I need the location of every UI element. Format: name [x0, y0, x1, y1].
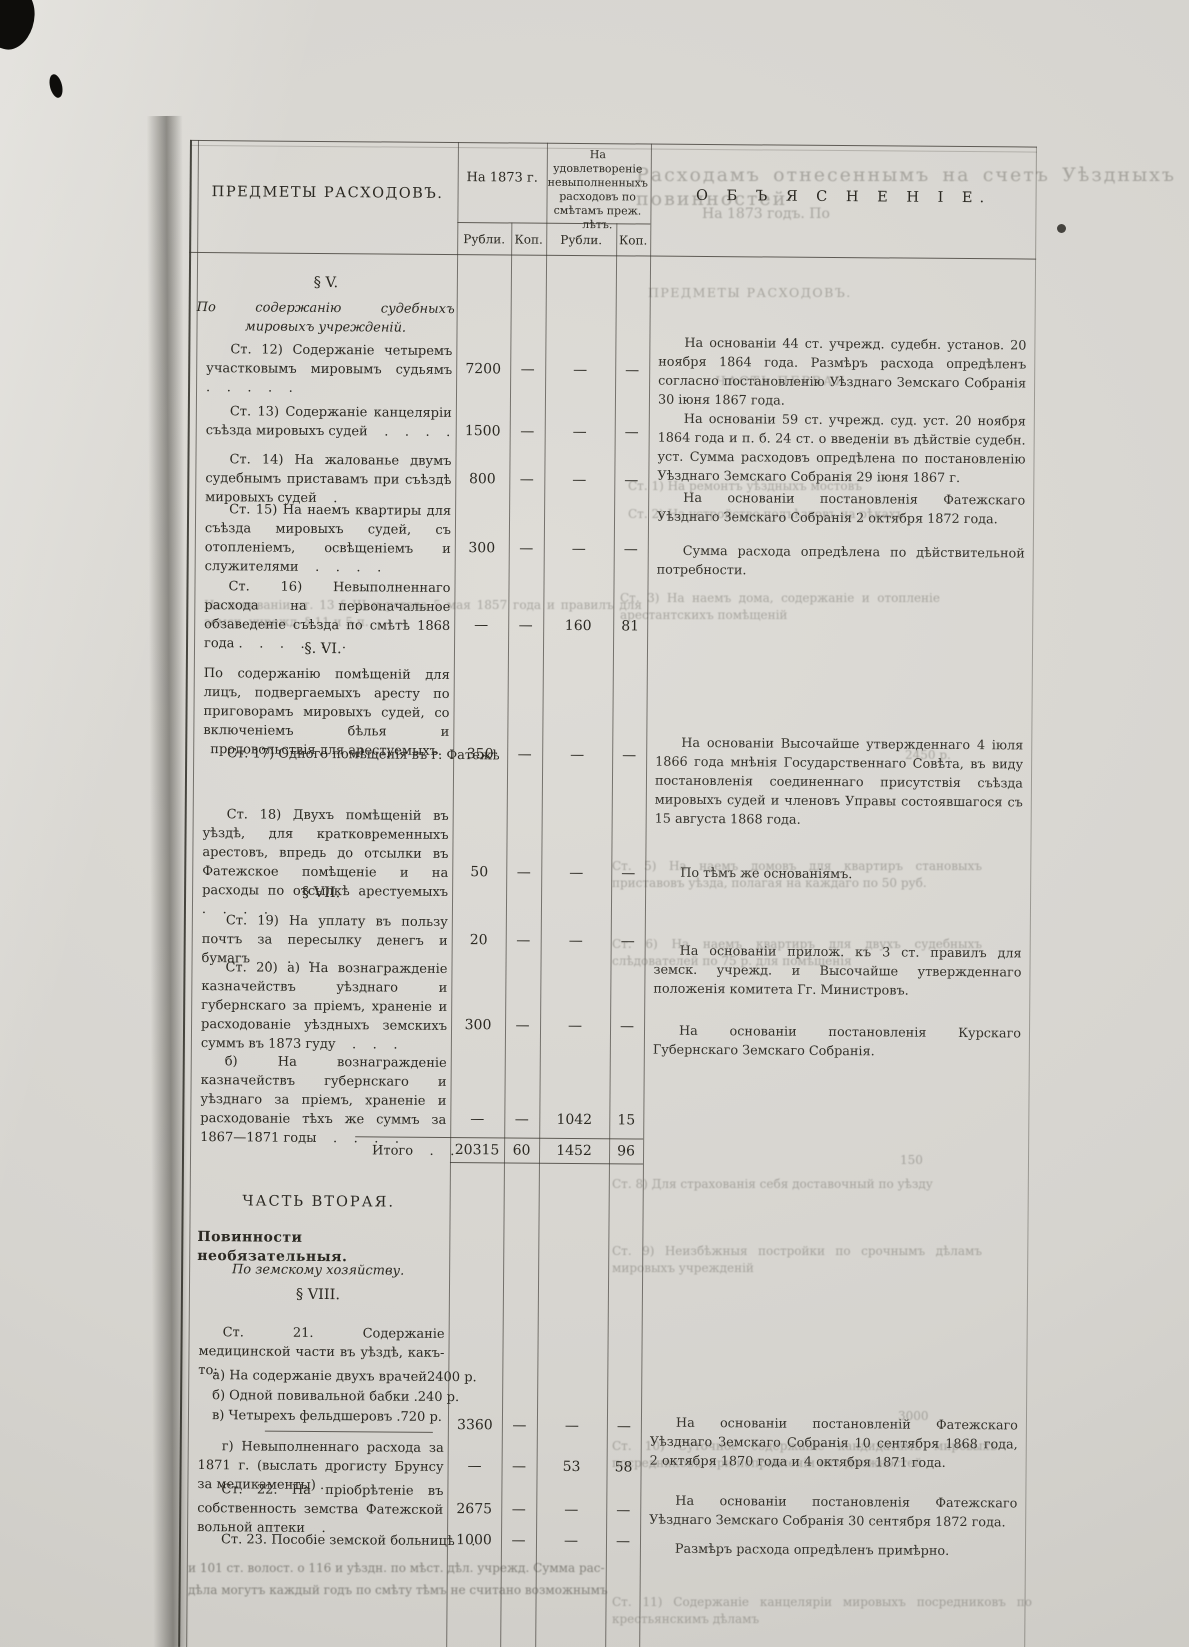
- row-st20b-label: б) На вознагражденіе казначействъ гу­бер…: [200, 1052, 447, 1149]
- explanation-st13: На основаніи 59 ст. учрежд. суд. уст. 20…: [657, 410, 1026, 489]
- subheader-rubles: Рубли.: [546, 233, 616, 248]
- row-st17-label: Ст. 17) Одного помѣщенія въ г. Фатежѣ: [203, 744, 449, 765]
- explanation-st14: На основаніи постановленія Фатежскаго Уѣ…: [657, 489, 1025, 530]
- column-header-arrears: На удовлетвореніе невыполненныхъ расходо…: [547, 148, 648, 233]
- value-kopeks-1873: —: [510, 423, 545, 439]
- value-rubles-1873: 20: [452, 932, 506, 948]
- value-kopeks-arrears: —: [614, 541, 648, 557]
- value-kopeks-1873: —: [506, 864, 541, 880]
- total-kopeks-arrears: 96: [609, 1143, 643, 1159]
- list-item-label: б) Одной повивальной бабки .: [212, 1388, 418, 1405]
- value-rubles-1873: 350: [453, 746, 507, 762]
- part-two-subtitle-2: По земскому хозяйству.: [189, 1260, 447, 1281]
- value-rubles-arrears: —: [536, 1533, 606, 1550]
- explanation-st23: Размѣръ расхода опредѣленъ примѣрно.: [649, 1540, 1017, 1562]
- explanation-st18: По тѣмъ же основаніямъ.: [654, 864, 1022, 886]
- explanation-st17: На основаніи Высочайше утвержденнаго 4 і…: [655, 734, 1024, 832]
- list-item-amount: 2400 р.: [427, 1370, 477, 1385]
- value-rubles-1873: 1500: [456, 423, 510, 439]
- value-rubles-1873: 1000: [447, 1532, 501, 1548]
- value-kopeks-arrears: 81: [613, 618, 647, 634]
- scanned-ledger-page: Расходамъ отнесеннымъ на счетъ Уѣздныхъ …: [0, 0, 1189, 1647]
- value-kopeks-1873: —: [504, 1111, 539, 1127]
- amount-row-st15: 300 — — —: [455, 540, 648, 561]
- value-kopeks-arrears: —: [611, 933, 645, 949]
- amount-row-st17: 350 — — —: [453, 746, 646, 767]
- list-item-v: в) Четырехъ фельдшеровъ . 720 р.: [212, 1408, 436, 1425]
- list-item-label: в) Четырехъ фельдшеровъ .: [212, 1408, 401, 1424]
- value-kopeks-1873: —: [502, 1458, 537, 1474]
- value-rubles-arrears: —: [540, 1018, 610, 1035]
- subheader-rubles: Рубли.: [457, 232, 511, 246]
- amount-row-st20a: 300 — — —: [451, 1017, 644, 1038]
- explanation-st21: На основаніи постановленій Фатежскаго Уѣ…: [650, 1414, 1018, 1474]
- value-kopeks-arrears: —: [607, 1418, 641, 1434]
- value-rubles-arrears: 160: [543, 618, 613, 635]
- amount-row-st20b: — — 1042 15: [450, 1111, 643, 1132]
- part-two-title: ЧАСТЬ ВТОРАЯ.: [190, 1193, 448, 1211]
- value-rubles-arrears: —: [542, 747, 612, 764]
- amount-row-st21g: — — 53 58: [448, 1458, 641, 1479]
- row-st15-label: Ст. 15) На наемъ квартиры для съѣзда мир…: [205, 500, 452, 578]
- value-kopeks-arrears: —: [615, 362, 649, 378]
- expense-table: ПРЕДМЕТЫ РАСХОДОВЪ. На 1873 г. На удовле…: [186, 140, 1037, 1647]
- value-rubles-1873: —: [450, 1111, 504, 1127]
- value-kopeks-arrears: —: [606, 1502, 640, 1518]
- amount-row-st13: 1500 — — —: [456, 423, 649, 444]
- value-rubles-1873: 800: [455, 471, 509, 487]
- row-st20a-label: Ст. 20) а) На вознагражденіе казна­чейст…: [201, 958, 448, 1055]
- list-item-label: а) На содержаніе двухъ врачей: [212, 1368, 427, 1385]
- section-mark-viii: § VIII.: [189, 1286, 447, 1304]
- value-kopeks-1873: —: [509, 540, 544, 556]
- amount-row-st18: 50 — — —: [452, 864, 645, 885]
- explanation-st20: На основаніи постановленія Курскаго Губе…: [653, 1022, 1021, 1063]
- list-item-b: б) Одной повивальной бабки . 240 р.: [212, 1388, 436, 1405]
- value-rubles-1873: 7200: [456, 361, 510, 377]
- amount-row-st16: — — 160 81: [454, 617, 647, 638]
- ink-blot: [47, 73, 64, 99]
- value-rubles-arrears: 53: [537, 1459, 607, 1476]
- column-header-1873: На 1873 г.: [460, 170, 545, 186]
- value-kopeks-arrears: —: [612, 747, 646, 763]
- value-rubles-arrears: —: [545, 362, 615, 379]
- page-fold-shadow: [147, 116, 190, 1647]
- value-kopeks-1873: —: [506, 932, 541, 948]
- list-item-amount: 720 р.: [400, 1410, 442, 1425]
- ink-blot: [0, 0, 43, 55]
- value-rubles-1873: 3360: [448, 1417, 502, 1433]
- value-kopeks-arrears: —: [611, 865, 645, 881]
- value-rubles-1873: —: [448, 1458, 502, 1474]
- value-kopeks-1873: —: [501, 1532, 536, 1548]
- total-kopeks-1873: 60: [504, 1142, 539, 1158]
- subheader-row: Рубли. Коп. Рубли. Коп.: [457, 232, 650, 250]
- value-rubles-1873: —: [454, 617, 508, 633]
- value-rubles-arrears: —: [545, 424, 615, 441]
- amount-row-st21-subtotal: 3360 — — —: [448, 1417, 641, 1438]
- explanation-st22: На основаніи постановленія Фатежскаго Уѣ…: [649, 1492, 1017, 1533]
- row-st18-label: Ст. 18) Двухъ помѣщеній въ уѣздѣ, для кр…: [202, 805, 449, 921]
- value-kopeks-1873: —: [508, 617, 543, 633]
- amount-row-st14: 800 — — —: [455, 471, 648, 492]
- value-rubles-1873: 300: [451, 1017, 505, 1033]
- list-item-a: а) На содержаніе двухъ врачей 2400 р.: [212, 1368, 436, 1385]
- amount-row-st19: 20 — — —: [452, 932, 645, 953]
- value-kopeks-arrears: —: [610, 1018, 644, 1034]
- value-kopeks-1873: —: [505, 1017, 540, 1033]
- value-kopeks-1873: —: [507, 746, 542, 762]
- row-st12-label: Ст. 12) Содержаніе четыремъ участковымъ …: [206, 340, 452, 399]
- value-kopeks-1873: —: [502, 1417, 537, 1433]
- value-kopeks-arrears: —: [606, 1533, 640, 1549]
- section-mark-vii: § VII.: [192, 884, 450, 902]
- subheader-kopeks: Коп.: [616, 233, 650, 247]
- value-rubles-arrears: —: [536, 1502, 606, 1519]
- explanation-st12: На основаніи 44 ст. учрежд. судебн. уста…: [658, 334, 1027, 413]
- total-rubles-1873: 20315: [450, 1142, 504, 1158]
- value-rubles-arrears: 1042: [539, 1112, 609, 1129]
- explanation-st15: Сумма расхода опредѣлена по дѣйствительн…: [657, 542, 1025, 583]
- row-st23-label: Ст. 23. Пособіе земской больницѣ .: [197, 1530, 443, 1551]
- value-kopeks-1873: —: [509, 471, 544, 487]
- value-kopeks-arrears: —: [615, 424, 649, 440]
- value-rubles-arrears: —: [544, 541, 614, 558]
- amount-row-total: 20315 60 1452 96: [450, 1142, 643, 1163]
- ink-dot: [1057, 224, 1066, 233]
- column-header-items: ПРЕДМЕТЫ РАСХОДОВЪ.: [198, 184, 458, 202]
- value-kopeks-arrears: 15: [609, 1112, 643, 1128]
- total-rubles-arrears: 1452: [539, 1143, 609, 1160]
- value-rubles-arrears: —: [544, 472, 614, 489]
- section-v-subtitle: По содержанію судебныхъ мировыхъ учреж­д…: [196, 298, 454, 338]
- value-rubles-1873: 300: [455, 540, 509, 556]
- value-kopeks-arrears: 58: [607, 1459, 641, 1475]
- table-rule: [189, 252, 1036, 260]
- value-rubles-1873: 2675: [447, 1501, 501, 1517]
- value-rubles-1873: 50: [452, 864, 506, 880]
- amount-row-st22: 2675 — — —: [447, 1501, 640, 1522]
- section-mark-vi: §. VI.: [194, 640, 452, 658]
- column-header-explanation: О Б Ъ Я С Н Е Н І Е.: [653, 188, 1035, 207]
- total-rule-bottom: [450, 1162, 643, 1165]
- section-mark-v: § V.: [197, 274, 455, 292]
- explanation-st19: На основаніи прилож. къ 3 ст. правилъ дл…: [653, 942, 1021, 1002]
- value-kopeks-1873: —: [510, 361, 545, 377]
- amount-row-st23: 1000 — — —: [447, 1532, 640, 1553]
- amount-row-st12: 7200 — — —: [456, 361, 649, 382]
- value-kopeks-arrears: —: [614, 472, 648, 488]
- value-kopeks-1873: —: [501, 1501, 536, 1517]
- subheader-kopeks: Коп.: [511, 232, 546, 246]
- subtotal-rule: [265, 1431, 433, 1433]
- value-rubles-arrears: —: [537, 1418, 607, 1435]
- row-st13-label: Ст. 13) Содержаніе канцеляріи съѣзда мир…: [206, 402, 452, 442]
- value-rubles-arrears: —: [541, 933, 611, 950]
- list-item-amount: 240 р.: [418, 1390, 460, 1405]
- value-rubles-arrears: —: [541, 865, 611, 882]
